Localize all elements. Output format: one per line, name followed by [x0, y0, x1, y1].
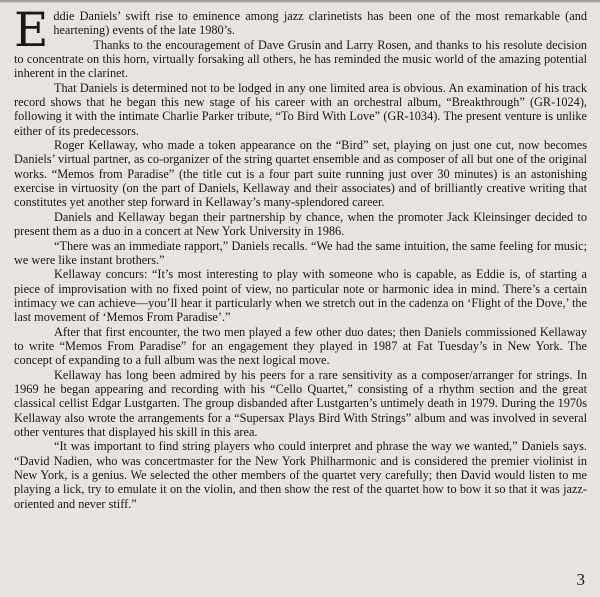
article-paragraph: “It was important to find string players… — [14, 439, 587, 511]
drop-cap: E — [14, 9, 53, 52]
article-paragraph: Thanks to the encouragement of Dave Grus… — [14, 38, 587, 81]
scan-edge — [0, 0, 600, 2]
article-paragraph: Kellaway has long been admired by his pe… — [14, 368, 587, 440]
article-paragraph: Kellaway concurs: “It’s most interesting… — [14, 267, 587, 324]
article-paragraph: After that first encounter, the two men … — [14, 325, 587, 368]
article-paragraph: Roger Kellaway, who made a token appeara… — [14, 138, 587, 210]
article-paragraph: ddie Daniels’ swift rise to eminence amo… — [14, 9, 587, 38]
article-paragraph: “There was an immediate rapport,” Daniel… — [14, 239, 587, 268]
article-paragraph: That Daniels is determined not to be lod… — [14, 81, 587, 138]
article-paragraph: Daniels and Kellaway began their partner… — [14, 210, 587, 239]
page-number: 3 — [577, 571, 586, 588]
liner-notes-page: E ddie Daniels’ swift rise to eminence a… — [0, 0, 600, 597]
